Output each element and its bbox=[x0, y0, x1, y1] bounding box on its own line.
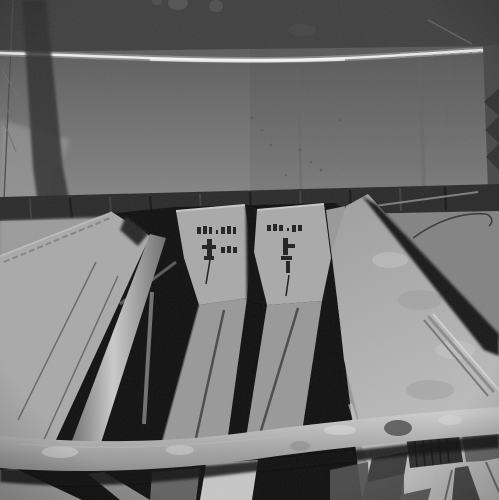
photo-frame bbox=[0, 0, 499, 500]
photo-canvas bbox=[0, 0, 499, 500]
vignette-overlay bbox=[0, 0, 499, 500]
